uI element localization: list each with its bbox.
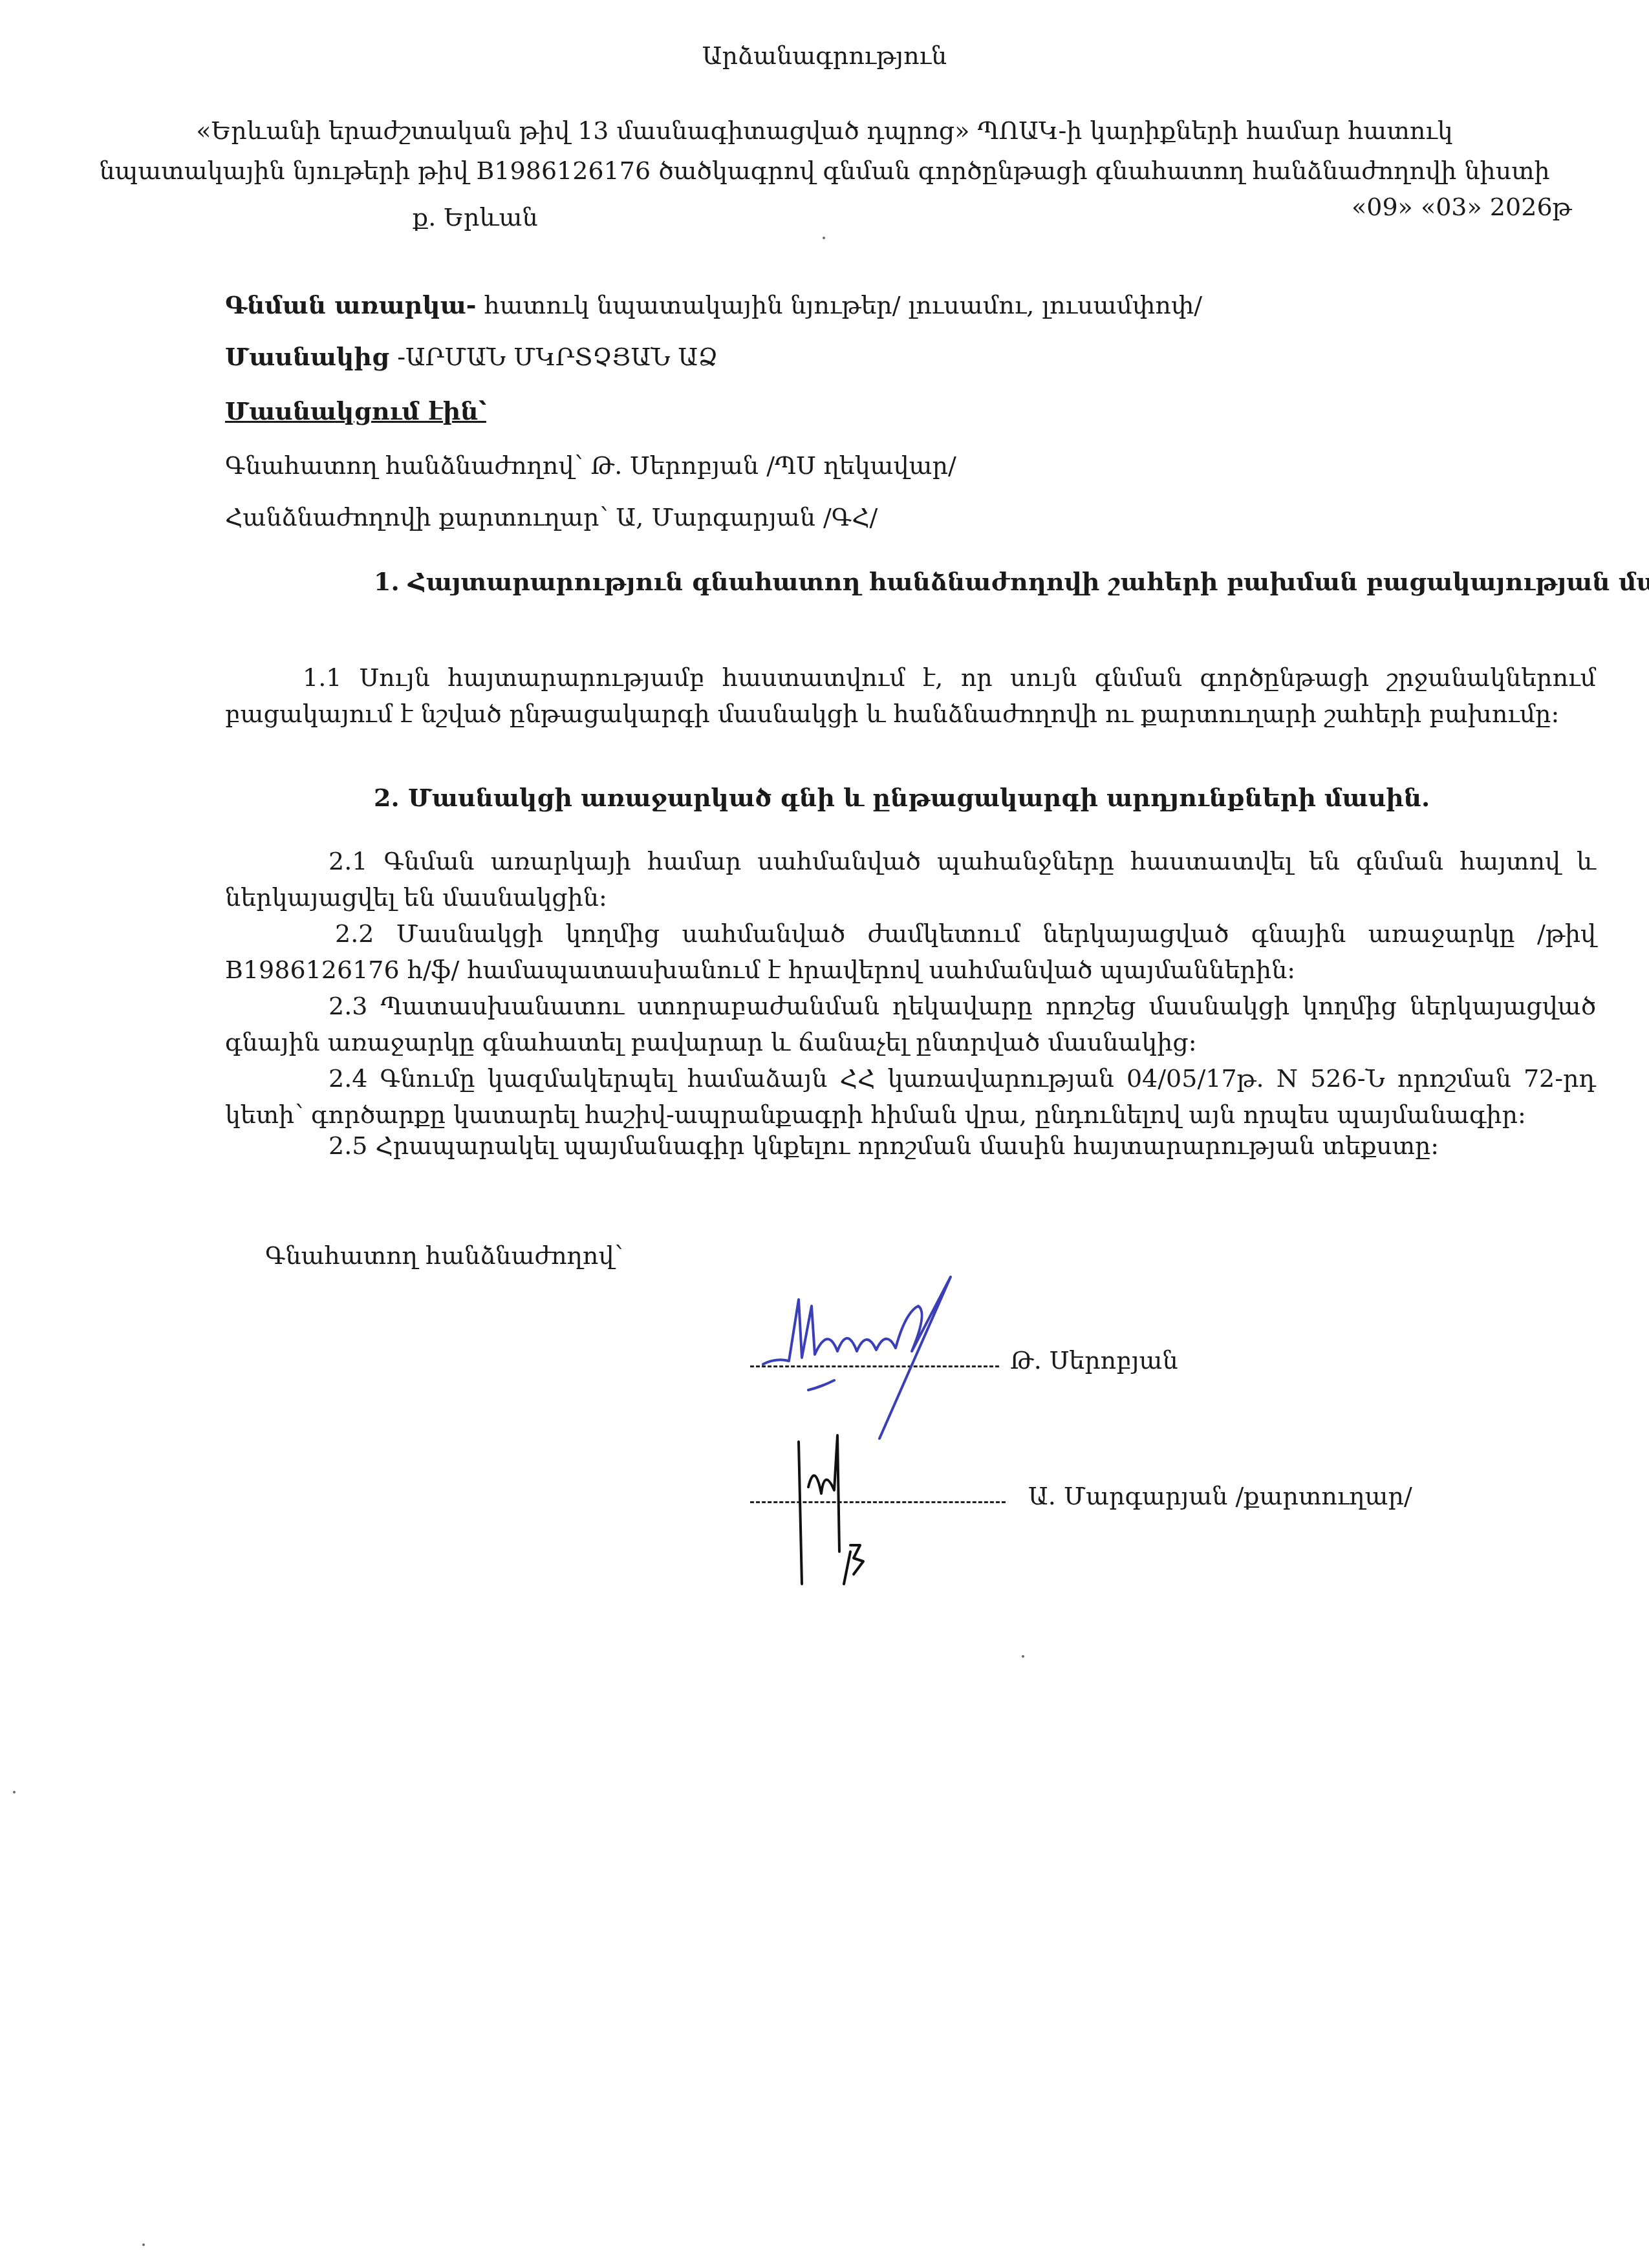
- document-title: Արձանագրություն: [0, 40, 1649, 71]
- subject-value: հատուկ նպատակային նյութեր/ լուսամու, լու…: [477, 291, 1203, 319]
- section-2-5: 2.5 Հրապարակել պայմանագիր կնքելու որոշմա…: [329, 1130, 1439, 1161]
- participant-label: Մասնակից: [225, 342, 389, 371]
- city: ք. Երևան: [413, 202, 538, 233]
- signatures-label: Գնահատող հանձնաժողով՝: [265, 1240, 623, 1271]
- scan-speck: [823, 237, 825, 239]
- scan-speck: [142, 2243, 145, 2246]
- section-2-2: 2.2 Մասնակցի կողմից սահմանված ժամկետում …: [225, 915, 1596, 988]
- procurement-subject: Գնման առարկա- հատուկ նպատակային նյութեր/…: [225, 290, 1202, 321]
- attendee-evaluation-committee: Գնահատող հանձնաժողով՝ Թ. Սերոբյան /ՊՍ ղե…: [225, 450, 956, 481]
- attendees-heading: Մասնակցում էին՝: [225, 396, 486, 427]
- subtitle-line-1: «Երևանի երաժշտական թիվ 13 մասնագիտացված …: [0, 115, 1649, 146]
- participant-value: -ԱՐՄԱՆ ՄԿՐՏՉՅԱՆ ԱՁ: [389, 343, 718, 371]
- signer-1-name: Թ. Սերոբյան: [1010, 1345, 1178, 1376]
- section-2-3: 2.3 Պատասխանատու ստորաբաժանման ղեկավարը …: [225, 988, 1596, 1060]
- signature-2-mark: [789, 1422, 899, 1590]
- signer-2-name: Ա. Մարգարյան /քարտուղար/: [1028, 1481, 1412, 1512]
- subject-label: Գնման առարկա-: [225, 290, 477, 319]
- subtitle-line-2: նպատակային նյութերի թիվ B1986126176 ծածկ…: [0, 155, 1649, 186]
- section-2-4: 2.4 Գնումը կազմակերպել համաձայն ՀՀ կառավ…: [225, 1060, 1596, 1133]
- scan-speck: [1022, 1655, 1024, 1658]
- attendee-secretary: Հանձնաժողովի քարտուղար՝ Ա, Մարգարյան /ԳՀ…: [225, 502, 878, 533]
- section-2-heading: 2. Մասնակցի առաջարկած գնի և ընթացակարգի …: [374, 782, 1430, 813]
- scan-speck: [13, 1791, 16, 1793]
- participant: Մասնակից -ԱՐՄԱՆ ՄԿՐՏՉՅԱՆ ԱՁ: [225, 341, 718, 372]
- date: «09» «03» 2026թ: [1352, 191, 1572, 222]
- section-1-1: 1.1 Սույն հայտարարությամբ հաստատվում է, …: [225, 659, 1596, 732]
- section-2-1: 2.1 Գնման առարկայի համար սահմանված պահան…: [225, 843, 1596, 915]
- section-1-heading: 1. Հայտարարություն գնահատող հանձնաժողովի…: [374, 566, 1649, 597]
- document-page: Արձանագրություն «Երևանի երաժշտական թիվ 1…: [0, 0, 1649, 2268]
